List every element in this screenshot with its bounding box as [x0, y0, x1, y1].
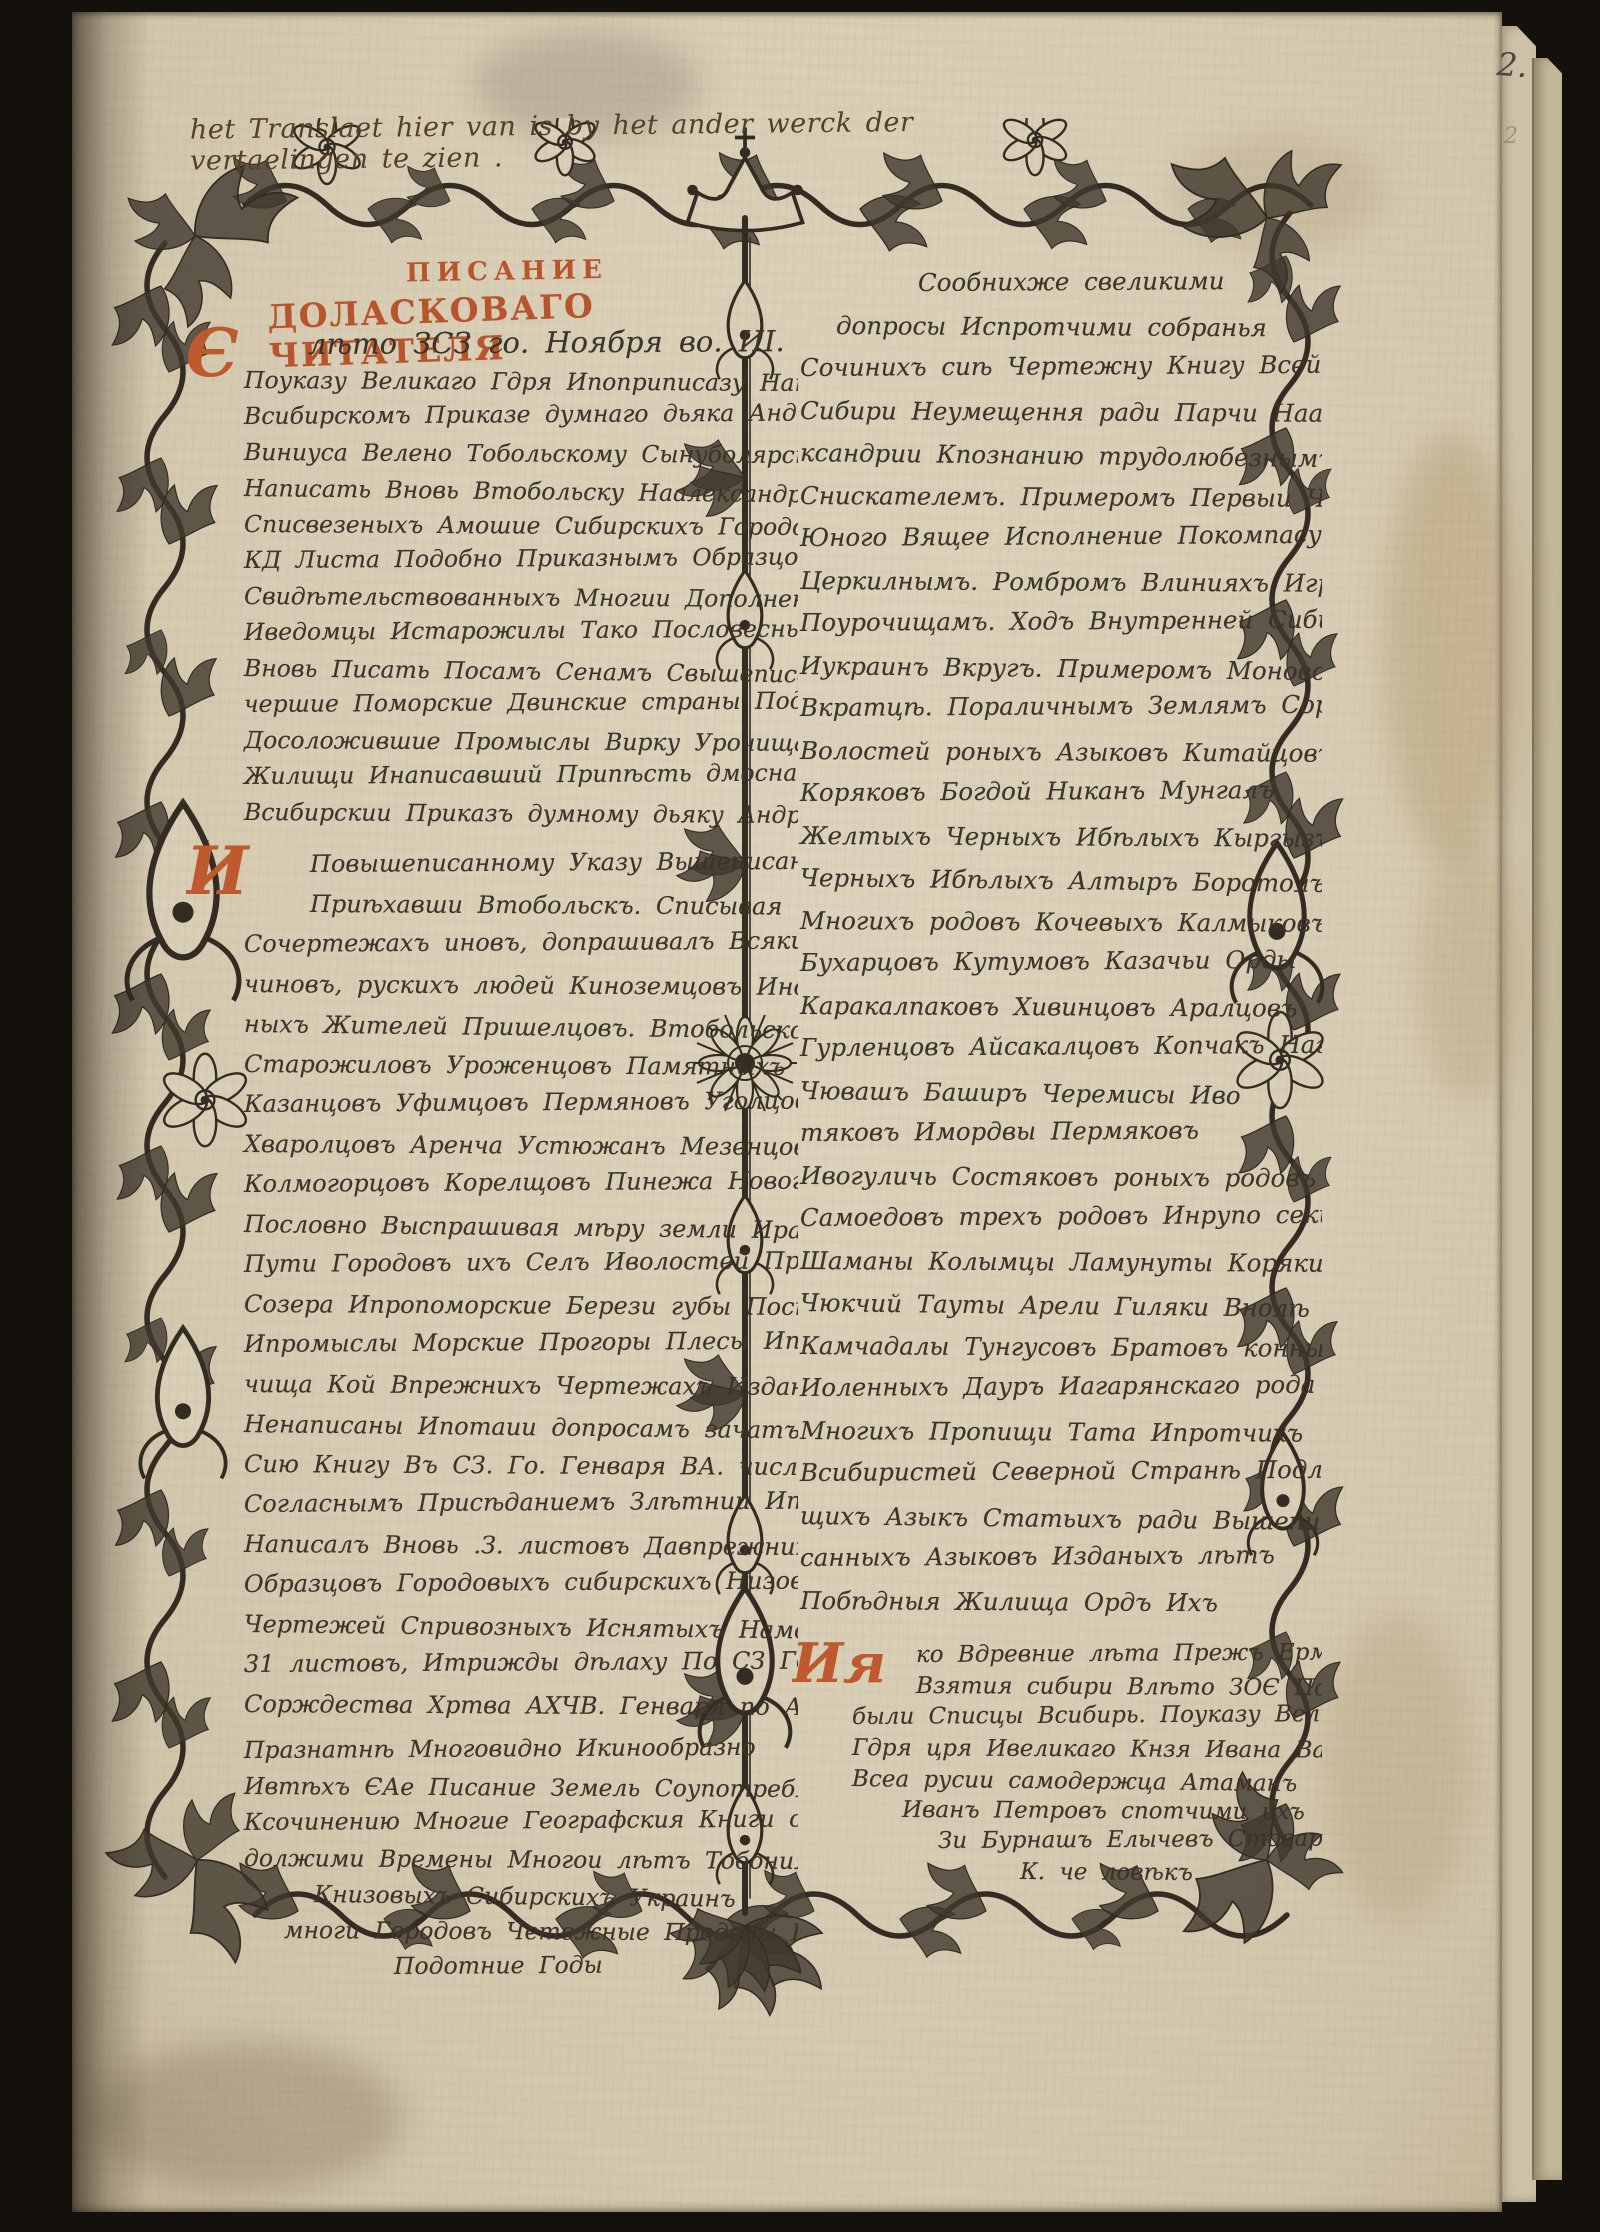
right-text-column: Сообнихже свеликимидопросы Испротчими со… [792, 262, 1322, 1952]
manuscript-line: лѣто ЗСЗ го. Ноября во. ИІ. числа [308, 326, 798, 362]
manuscript-line: чиновъ, рускихъ людей Киноземцовъ Иностр… [244, 964, 798, 1007]
manuscript-line: Гурленцовъ Айсакалцовъ Копчакъ Нагаевъ [800, 1024, 1322, 1070]
manuscript-line: Виниуса Велено Тобольскому Сынуболярском… [244, 434, 798, 473]
manuscript-line: Волостей роныхъ Азыковъ Китайцовъ [800, 730, 1322, 775]
manuscript-line: тяковъ Имордвы Пермяковъ [800, 1109, 1322, 1155]
manuscript-line: Черныхъ Ибѣлыхъ Алтыръ Боротолъ [800, 857, 1322, 905]
manuscript-line: Празнатнѣ Многовидно Икинообразно [244, 1729, 798, 1768]
manuscript-line: Чюкчий Тауты Арели Гиляки Внолѣ [800, 1282, 1322, 1330]
manuscript-line: Пути Городовъ ихъ Селъ Иволостей Пробрѣй… [244, 1241, 798, 1284]
manuscript-line: Вкратцѣ. Пораличнымъ Землямъ Сордѣ [800, 684, 1322, 730]
manuscript-line: ныхъ Жителей Пришелцовъ. Втобольскомъ [244, 1004, 798, 1050]
rubric-drop-initial: Ия [792, 1636, 886, 1690]
folio-number-faint: 2 [1504, 124, 1518, 149]
manuscript-line: многи Городовъ Четежные Пределы Кой Прис… [284, 1912, 798, 1951]
manuscript-line: чища Кой Впрежнихъ Чертежахъ Изданыя [244, 1364, 798, 1407]
manuscript-line: Всибирскии Приказъ думному дьяку Андрѣю … [244, 794, 798, 833]
left-closing-lines: Празнатнѣ Многовидно ИкинообразноИвтѣхъ … [244, 1732, 798, 1984]
manuscript-line: Подотние Годы [394, 1946, 798, 1984]
manuscript-line: Ксочинению Многие Географския Книги соиз… [244, 1801, 798, 1840]
rubric-drop-initial: Є [186, 326, 239, 386]
manuscript-line: Иведомцы Истарожилы Тако Пословесныи При… [244, 611, 798, 650]
left-text-column: Є лѣто ЗСЗ го. Ноября во. ИІ. числаПоука… [186, 326, 798, 2032]
right-paragraph-2: Ия ко Вдревние лѣта Прежъ ЕрмаковаВзятия… [852, 1640, 1322, 1888]
manuscript-line: 31 листовъ, Итрижды дѣлаху По СЗ Го [244, 1641, 798, 1684]
manuscript-line: Гдря цря Ивеликаго Кнзя Ивана Василевича [852, 1733, 1322, 1766]
manuscript-line: Многихъ родовъ Кочевыхъ Калмыковъ [800, 900, 1322, 945]
manuscript-line: Сорждества Хртва АХЧВ. Генваря по А. чис… [244, 1684, 798, 1727]
manuscript-scan: het Translaet hier van is by het ander w… [0, 0, 1600, 2232]
manuscript-line: К. че ловѣкъ [1020, 1857, 1322, 1890]
paper-stain [92, 2042, 402, 2192]
manuscript-line: ксандрии Кпознанию трудолюбезнымъ [800, 432, 1322, 480]
manuscript-line: Согласнымъ Присѣданиемъ Злѣтнии Иподпрог… [244, 1481, 798, 1524]
manuscript-line: Бухарцовъ Кутумовъ Казачьи Орды [800, 939, 1322, 985]
manuscript-line: Всибиристей Северной Странѣ Подлежа [800, 1449, 1322, 1495]
manuscript-line: Желтыхъ Черныхъ Ибѣлыхъ Кыргызъ [800, 815, 1322, 860]
manuscript-line: Шаманы Колымцы Ламунуты Коряки [800, 1240, 1322, 1285]
manuscript-line: Коряковъ Богдой Никанъ Мунгалъ [800, 769, 1322, 815]
manuscript-line: Каракалпаковъ Хивинцовъ Аралцовъ [800, 985, 1322, 1030]
manuscript-line: Казанцовъ Уфимцовъ Пермяновъ Уголцовъ [244, 1081, 798, 1124]
dutch-annotation: het Translaet hier van is by het ander w… [190, 105, 1071, 176]
left-paragraph-1: Є лѣто ЗСЗ го. Ноября во. ИІ. числаПоука… [244, 326, 798, 830]
manuscript-line: Ипромыслы Морские Прогоры Плесы Ипроверх… [244, 1321, 798, 1364]
right-paragraph-1: Сообнихже свеликимидопросы Испротчими со… [800, 262, 1322, 1622]
stacked-page-edge [1496, 26, 1536, 2202]
manuscript-line: Снискателемъ. Примеромъ Первыи Чертежъ [800, 475, 1322, 520]
manuscript-line: Всибирскомъ Приказе думнаго дьяка Андрѣя… [244, 395, 798, 434]
manuscript-line: Юного Вящее Исполнение Покомпасу [800, 514, 1322, 560]
manuscript-line: Церкилнымъ. Ромбромъ Влинияхъ Играницъ [800, 560, 1322, 605]
folio-number: 2. [1496, 45, 1529, 85]
manuscript-line: Иоленныхъ Дауръ Иагарянскаго рода [800, 1364, 1322, 1410]
manuscript-line: Книзовыхъ Сибирскихъ Украинъ [314, 1876, 798, 1917]
manuscript-line: Сочинихъ сиѣ Чертежну Книгу Всей [800, 344, 1322, 390]
rubric-drop-initial: И [186, 838, 248, 904]
manuscript-line: ко Вдревние лѣта Прежъ Ермакова [916, 1638, 1322, 1671]
manuscript-line: должими Времены Многои лѣтъ Тобония [244, 1840, 798, 1879]
manuscript-line: Ненаписаны Ипотаии допросамъ зачатъ рабо… [244, 1404, 798, 1450]
manuscript-line: Колмогорцовъ Корелщовъ Пинежа Новогородц… [244, 1161, 798, 1204]
manuscript-line: чершие Поморские Двинские страны Подопро… [244, 683, 798, 722]
manuscript-line: Повышеписанному Указу Вышеписанные черте… [310, 841, 798, 884]
water-stain [1382, 432, 1522, 862]
manuscript-line: Ивогуличь Состяковъ роныхъ родовъ [800, 1155, 1322, 1200]
manuscript-line: Побѣдныя Жилища Ордъ Ихъ [800, 1580, 1322, 1625]
manuscript-line: Зи Бурнашъ Елычевъ Стоварищи [938, 1824, 1322, 1857]
manuscript-line: Сочертежахъ иновъ, допрашивалъ Всякихъ р… [244, 921, 798, 964]
manuscript-line: Самоедовъ трехъ родовъ Инрупо секиродовъ [800, 1194, 1322, 1240]
manuscript-line: Сибири Неумещення ради Парчи Наале [800, 390, 1322, 435]
left-paragraph-2: И Повышеписанному Указу Вышеписанные чер… [244, 844, 798, 1724]
manuscript-line: Образцовъ Городовыхъ сибирскихъ Низовыхъ [244, 1561, 798, 1604]
manuscript-line: Сообнихже свеликими [918, 262, 1322, 304]
manuscript-line: КД Листа Подобно Приказнымъ Образцомъ въ… [244, 539, 798, 578]
manuscript-line: Камчадалы Тунгусовъ Братовъ конныхъ [800, 1325, 1322, 1370]
manuscript-line: Жилищи Инаписавший Припѣсть дмоснавъ Пре… [244, 755, 798, 794]
manuscript-line: Поурочищамъ. Ходъ Внутренней Сибири [800, 599, 1322, 645]
manuscript-line: были Списцы Всибирь. Поуказу Великаго [852, 1699, 1322, 1733]
stacked-page-edge [1532, 58, 1562, 2180]
manuscript-line: санныхъ Азыковъ Изданыхъ лѣтъ [800, 1534, 1322, 1580]
manuscript-line: Многихъ Пропищи Тата Ипротчихъ [800, 1410, 1322, 1455]
manuscript-line: допросы Испротчими собранья [836, 305, 1322, 350]
